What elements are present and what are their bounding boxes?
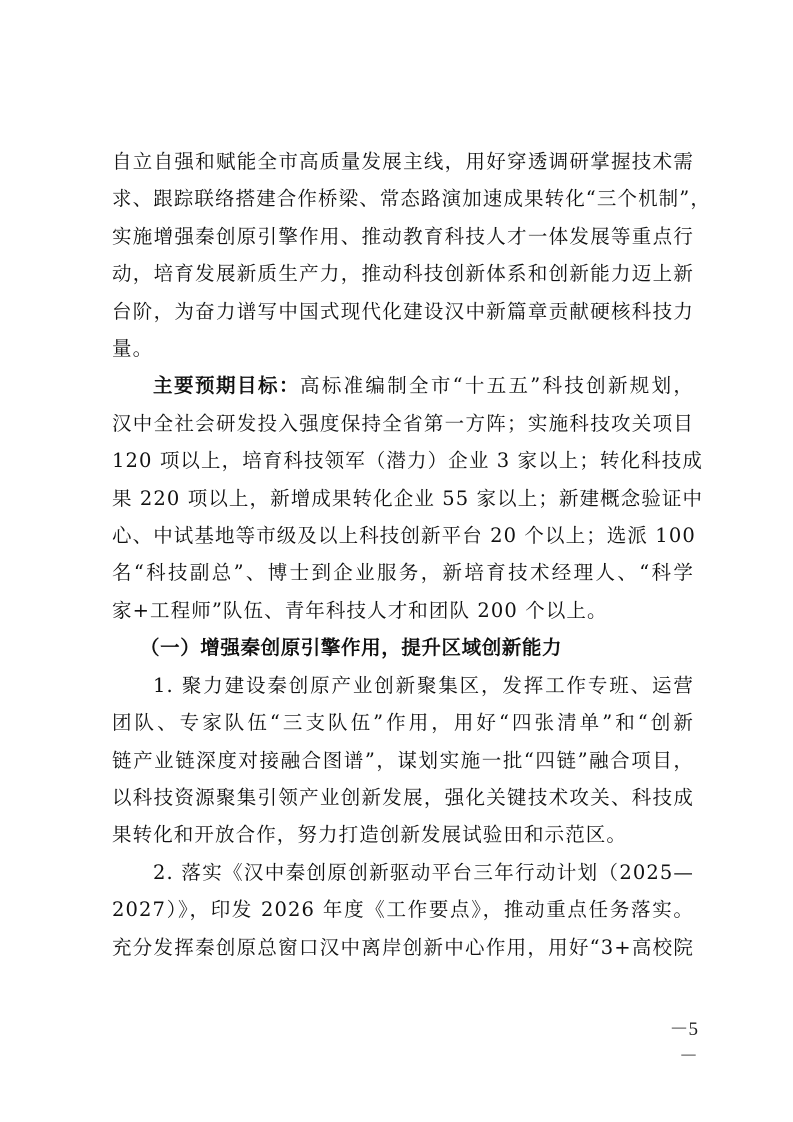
text-line: 果 220 项以上，新增成果转化企业 55 家以上；新建概念验证中 (112, 480, 694, 517)
intro-paragraph: 自立自强和赋能全市高质量发展主线，用好穿透调研掌握技术需 求、跟踪联络搭建合作桥… (112, 143, 694, 367)
section-heading: （一）增强秦创原引擎作用，提升区域创新能力 (112, 629, 694, 666)
text-line: 家+工程师”队伍、青年科技人才和团队 200 个以上。 (112, 592, 694, 629)
text-line: 实施增强秦创原引擎作用、推动教育科技人才一体发展等重点行 (112, 218, 694, 255)
text-line: 充分发挥秦创原总窗口汉中离岸创新中心作用，用好“3+高校院 (112, 929, 694, 966)
text-line: 名“科技副总”、博士到企业服务，新培育技术经理人、“科学 (112, 554, 694, 591)
text-line: 动，培育发展新质生产力，推动科技创新体系和创新能力迈上新 (112, 255, 694, 292)
text-line: 链产业链深度对接融合图谱”，谋划实施一批“四链”融合项目， (112, 742, 694, 779)
text-line: 台阶，为奋力谱写中国式现代化建设汉中新篇章贡献硬核科技力 (112, 293, 694, 330)
item-1-paragraph: 1. 聚力建设秦创原产业创新聚集区，发挥工作专班、运营 团队、专家队伍“三支队伍… (112, 667, 694, 854)
text-line: 1. 聚力建设秦创原产业创新聚集区，发挥工作专班、运营 (112, 667, 694, 704)
text-line: 2027）》，印发 2026 年度《工作要点》，推动重点任务落实。 (112, 891, 694, 928)
document-body: 自立自强和赋能全市高质量发展主线，用好穿透调研掌握技术需 求、跟踪联络搭建合作桥… (112, 143, 694, 966)
goals-label: 主要预期目标： (153, 374, 300, 397)
text-line: 求、跟踪联络搭建合作桥梁、常态路演加速成果转化“三个机制”， (112, 180, 694, 217)
goals-first-line-text: 高标准编制全市“十五五”科技创新规划， (300, 374, 694, 397)
text-line: 2. 落实《汉中秦创原创新驱动平台三年行动计划（2025— (112, 854, 694, 891)
text-line: 果转化和开放合作，努力打造创新发展试验田和示范区。 (112, 816, 694, 853)
text-line: 量。 (112, 330, 694, 367)
section-heading-block: （一）增强秦创原引擎作用，提升区域创新能力 (112, 629, 694, 666)
text-line: 自立自强和赋能全市高质量发展主线，用好穿透调研掌握技术需 (112, 143, 694, 180)
document-page: 自立自强和赋能全市高质量发展主线，用好穿透调研掌握技术需 求、跟踪联络搭建合作桥… (0, 0, 793, 1122)
goals-first-line: 主要预期目标：高标准编制全市“十五五”科技创新规划， (112, 367, 694, 404)
text-line: 120 项以上，培育科技领军（潜力）企业 3 家以上；转化科技成 (112, 442, 694, 479)
text-line: 心、中试基地等市级及以上科技创新平台 20 个以上；选派 100 (112, 517, 694, 554)
page-number: －5－ (652, 1014, 698, 1068)
text-line: 汉中全社会研发投入强度保持全省第一方阵；实施科技攻关项目 (112, 405, 694, 442)
text-line: 以科技资源聚集引领产业创新发展，强化关键技术攻关、科技成 (112, 779, 694, 816)
goals-paragraph: 主要预期目标：高标准编制全市“十五五”科技创新规划， 汉中全社会研发投入强度保持… (112, 367, 694, 629)
text-line: 团队、专家队伍“三支队伍”作用，用好“四张清单”和“创新 (112, 704, 694, 741)
item-2-paragraph: 2. 落实《汉中秦创原创新驱动平台三年行动计划（2025— 2027）》，印发 … (112, 854, 694, 966)
